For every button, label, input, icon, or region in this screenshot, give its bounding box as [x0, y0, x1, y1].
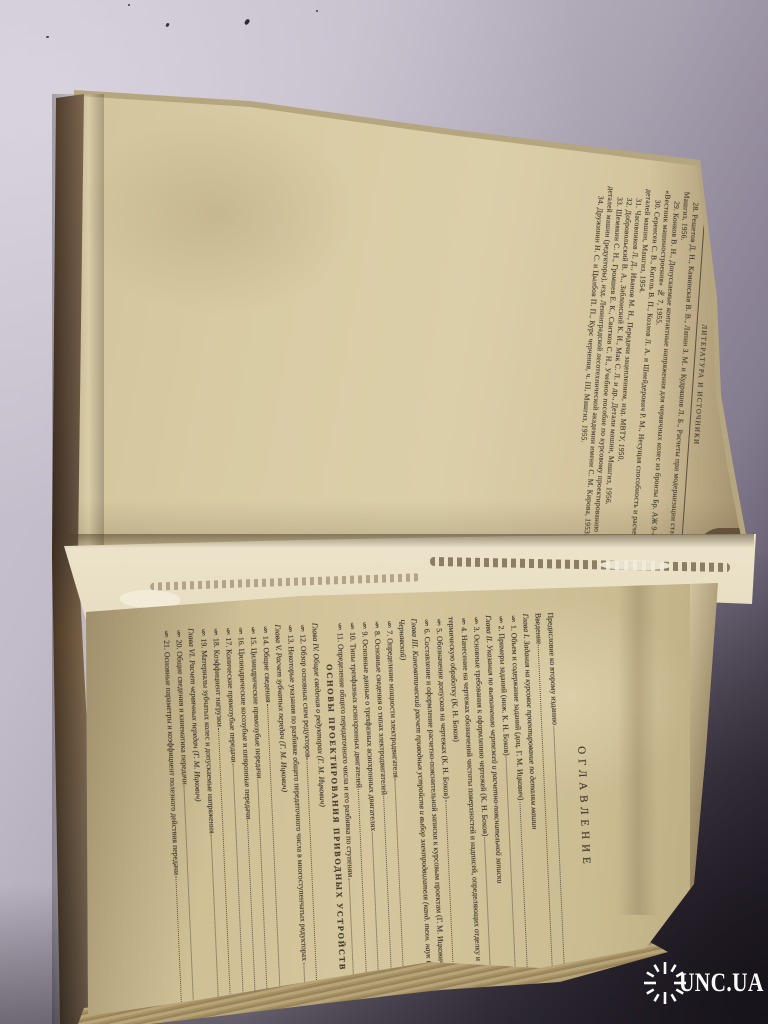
- watermark: UNC.UA: [642, 960, 768, 1006]
- contents-text: ОГЛАВЛЕНИЕ Предисловие ко второму издани…: [63, 605, 608, 1024]
- bibliography-items: 28. Решетов Д. Н., Каминская В. В., Лапи…: [571, 185, 701, 561]
- torn-paper-bit: [600, 560, 670, 570]
- bibliography-text: 230 ЛИТЕРАТУРА И ИСТОЧНИКИ 28. Решетов Д…: [499, 176, 725, 567]
- dotted-leader: [175, 876, 182, 1012]
- book-photo: 230 ЛИТЕРАТУРА И ИСТОЧНИКИ 28. Решетов Д…: [0, 0, 768, 1024]
- watermark-label: UNC.UA: [679, 968, 764, 998]
- running-head-title: ЛИТЕРАТУРА И ИСТОЧНИКИ: [691, 324, 709, 446]
- page-crease: [618, 585, 658, 915]
- torn-paper-bit: [120, 590, 180, 608]
- contents-entry-label: Введение: [531, 613, 545, 645]
- page-stain: [90, 110, 410, 370]
- contents-entries: Предисловие ко второму изданию3Введение5…: [159, 612, 573, 1021]
- seam-shadow: [64, 534, 754, 548]
